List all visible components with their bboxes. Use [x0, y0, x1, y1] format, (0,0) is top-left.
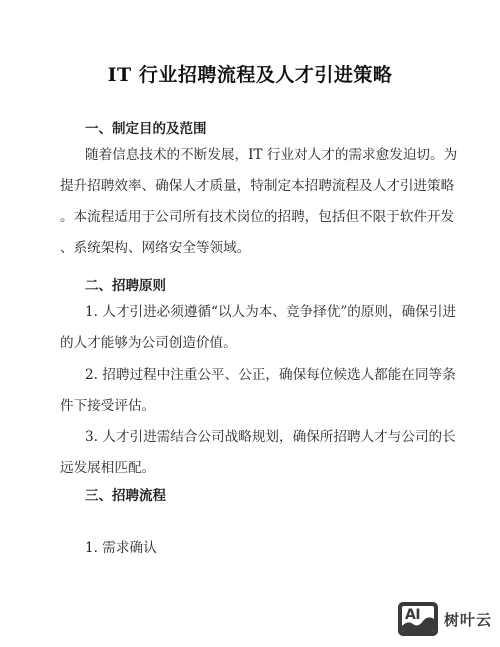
document-page: IT 行业招聘流程及人才引进策略 一、制定目的及范围 随着信息技术的不断发展，I… [0, 0, 500, 647]
paragraph-line: 2. 招聘过程中注重公平、公正，确保每位候选人都能在同等条 [60, 360, 442, 391]
principle-item-3: 3. 人才引进需结合公司战略规划，确保所招聘人才与公司的长 远发展相匹配。 [60, 422, 442, 484]
paragraph-line: 、系统架构、网络安全等领域。 [60, 233, 442, 264]
paragraph-line: 的人才能够为公司创造价值。 [60, 328, 442, 359]
principle-item-2: 2. 招聘过程中注重公平、公正，确保每位候选人都能在同等条 件下接受评估。 [60, 360, 442, 422]
process-step-1: 1. 需求确认 [85, 538, 157, 558]
document-title: IT 行业招聘流程及人才引进策略 [0, 62, 500, 88]
principle-item-1: 1. 人才引进必须遵循“以人为本、竞争择优”的原则，确保引进 的人才能够为公司创… [60, 297, 442, 359]
paragraph-line: 3. 人才引进需结合公司战略规划，确保所招聘人才与公司的长 [60, 422, 442, 453]
paragraph-line: 提升招聘效率、确保人才质量，特制定本招聘流程及人才引进策略 [60, 171, 442, 202]
paragraph-line: 随着信息技术的不断发展，IT 行业对人才的需求愈发迫切。为 [60, 140, 442, 171]
section-paragraph-purpose-scope: 随着信息技术的不断发展，IT 行业对人才的需求愈发迫切。为 提升招聘效率、确保人… [60, 140, 442, 264]
paragraph-line: 件下接受评估。 [60, 391, 442, 422]
watermark: AI 树叶云 [398, 601, 498, 637]
section-heading-purpose-scope: 一、制定目的及范围 [85, 119, 207, 139]
paragraph-line: 远发展相匹配。 [60, 453, 442, 484]
section-heading-principles: 二、招聘原则 [85, 276, 166, 296]
paragraph-line: 。本流程适用于公司所有技术岗位的招聘，包括但不限于软件开发 [60, 202, 442, 233]
paragraph-line: 1. 人才引进必须遵循“以人为本、竞争择优”的原则，确保引进 [60, 297, 442, 328]
watermark-brand: 树叶云 [444, 609, 492, 630]
ai-image-logo-icon: AI [398, 602, 438, 636]
section-heading-recruitment-process: 三、招聘流程 [85, 486, 166, 506]
mountain-wave-icon [402, 606, 434, 632]
